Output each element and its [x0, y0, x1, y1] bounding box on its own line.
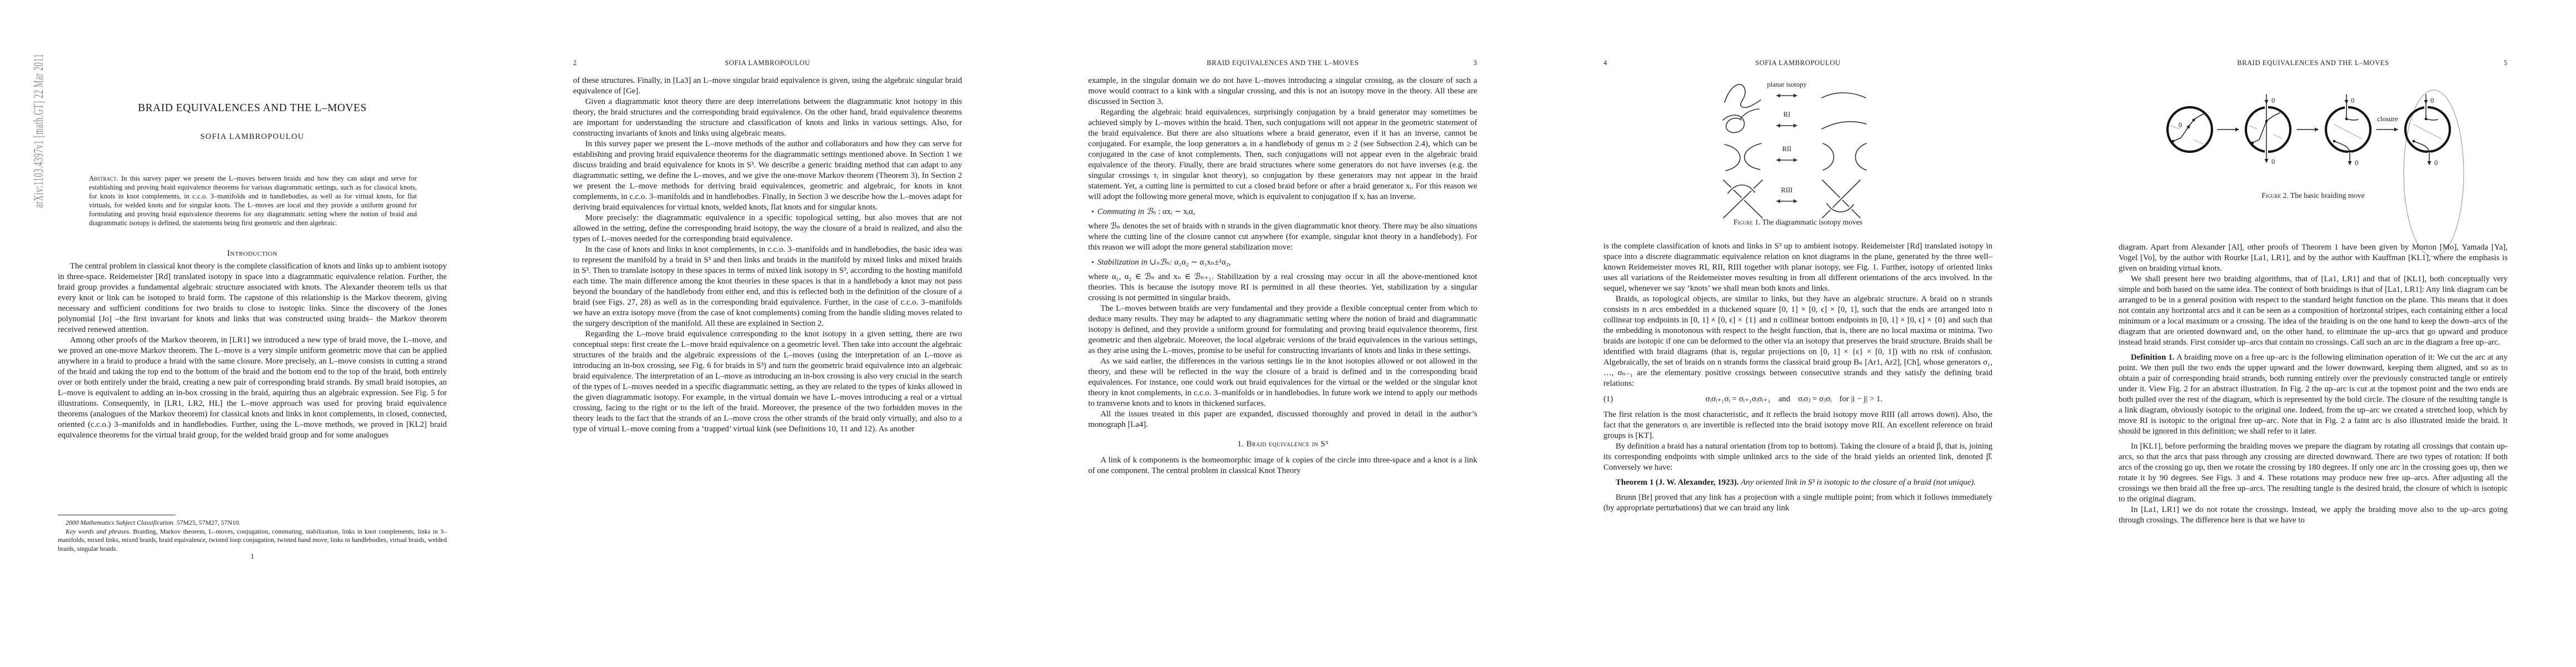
page-number: 3 — [1473, 59, 1477, 67]
page-5: BRAID EQUIVALENCES AND THE L–MOVES 5 clo… — [2061, 0, 2576, 667]
arc-endpoint-dot — [2265, 120, 2268, 123]
equation-lhs: σᵢσᵢ₊₁σᵢ = σᵢ₊₁σᵢσᵢ₊₁ — [1706, 395, 1771, 404]
equation-and: and — [1771, 395, 1798, 404]
paragraph: is the complete classification of knots … — [1603, 241, 1992, 294]
arc-right — [1822, 122, 1866, 129]
faint-arc — [2194, 140, 2205, 145]
faint-arc — [2171, 126, 2179, 129]
definition-head: Definition 1. — [2131, 353, 2175, 362]
stabilization-move-bullet: •Stabilization in ∪ₙℬₙ: α₁α₂ ∼ α₁xₙ±¹α₂, — [1092, 257, 1477, 268]
paragraph: where α₁, α₂ ∈ ℬₙ and xₙ ∈ ℬₙ₊₁. Stabili… — [1088, 272, 1477, 303]
theorem-statement: Any oriented link in S³ is isotopic to t… — [1741, 478, 1976, 487]
riii-label: RIII — [1781, 186, 1793, 194]
faint-arc — [2250, 126, 2257, 129]
zero-label: 0 — [2351, 97, 2354, 104]
running-head-title: SOFIA LAMBROPOULOU — [1603, 59, 1992, 67]
page-4-body: is the complete classification of knots … — [1603, 241, 1992, 514]
paper-multipage-view: { "document": { "background": "#ffffff",… — [0, 0, 2576, 667]
closure-loop — [2404, 90, 2464, 257]
paragraph: We shall present here two braiding algor… — [2119, 274, 2508, 348]
page-2-body: of these structures. Finally, in [La3] a… — [573, 76, 962, 435]
faint-arc — [2334, 125, 2362, 139]
rii-strand-a — [1725, 145, 1740, 171]
arc-endpoint-dot — [2425, 118, 2428, 121]
bullet-icon: • — [1092, 207, 1094, 216]
strand-casing — [1745, 143, 1761, 170]
arc-endpoint-dot — [2345, 118, 2348, 121]
bullet-formula: α₁α₂ ∼ α₁xₙ±¹α₂, — [1172, 258, 1230, 267]
arc-endpoint-dot — [2193, 119, 2195, 122]
bullet-icon: • — [1092, 258, 1094, 266]
braid-relations-equation: (1)σᵢσᵢ₊₁σᵢ = σᵢ₊₁σᵢσᵢ₊₁andσᵢσⱼ = σⱼσᵢfo… — [1603, 394, 1992, 405]
running-head: BRAID EQUIVALENCES AND THE L–MOVES 5 — [2119, 59, 2508, 69]
running-head: 4 SOFIA LAMBROPOULOU — [1603, 59, 1992, 69]
figure-1-caption: Figure 1. The diagrammatic isotopy moves — [1603, 218, 1992, 227]
section-heading-introduction: Introduction — [58, 249, 447, 258]
paragraph: All the issues treated in this paper are… — [1088, 409, 1477, 430]
page-3-body: example, in the singular domain we do no… — [1088, 76, 1477, 476]
keywords-label: Key words and phrases. — [66, 527, 131, 535]
rii-label: RII — [1782, 145, 1792, 153]
faint-arc — [2274, 135, 2281, 138]
theorem-head: Theorem 1 (J. W. Alexander, 1923). — [1616, 478, 1739, 487]
paragraph: A link of k components is the homeomorph… — [1088, 455, 1477, 476]
figure-2-caption: Figure 2. The basic braiding move — [2119, 191, 2508, 200]
running-head-title: BRAID EQUIVALENCES AND THE L–MOVES — [1088, 59, 1477, 67]
tangle-circle-1 — [2168, 107, 2212, 152]
paragraph: Braids, as topological objects, are simi… — [1603, 294, 1992, 389]
paragraph: Among other proofs of the Markov theorem… — [58, 335, 447, 441]
abstract-label: Abstract. — [89, 175, 118, 182]
equation-number: (1) — [1603, 394, 1613, 405]
running-head-title: SOFIA LAMBROPOULOU — [573, 59, 962, 67]
paragraph: As we said earlier, the differences in t… — [1088, 356, 1477, 409]
page-number: 1 — [58, 552, 447, 561]
equation-condition: for |i − j| > 1. — [1832, 395, 1891, 404]
theorem-1: Theorem 1 (J. W. Alexander, 1923). Any o… — [1603, 477, 1992, 488]
abstract: Abstract. In this survey paper we presen… — [89, 174, 417, 227]
page-5-body: diagram. Apart from Alexander [Al], othe… — [2119, 242, 2508, 526]
paragraph: Regarding the algebraic braid equivalenc… — [1088, 107, 1477, 202]
bullet-formula: : αxᵢ ∼ xᵢα, — [1156, 207, 1195, 216]
ri-label: RI — [1783, 111, 1791, 118]
bullet-lead: Stabilization in ∪ₙℬₙ: — [1098, 258, 1173, 267]
figure-label: Figure 2. — [2261, 191, 2289, 200]
page-1: arXiv:1103.4397v1 [math.GT] 22 Mar 2011 … — [0, 0, 515, 667]
zero-label: 0 — [2271, 97, 2275, 104]
rii-arc-right-2 — [1856, 143, 1867, 170]
paragraph: diagram. Apart from Alexander [Al], othe… — [2119, 242, 2508, 274]
page-4: 4 SOFIA LAMBROPOULOU planar isotopy RI R… — [1546, 0, 2061, 667]
s-curve-left — [1725, 84, 1761, 108]
up-arc-segment — [2190, 113, 2206, 125]
figure-caption-text: The basic braiding move — [2290, 191, 2365, 200]
running-head: BRAID EQUIVALENCES AND THE L–MOVES 3 — [1088, 59, 1477, 69]
paragraph: More precisely: the diagrammatic equival… — [573, 213, 962, 245]
paragraph: In [KL1], before performing the braiding… — [2119, 441, 2508, 505]
definition-body: A braiding move on a free up–arc is the … — [2119, 353, 2508, 436]
arc-right — [1822, 93, 1866, 98]
planar-isotopy-label: planar isotopy — [1767, 81, 1807, 88]
page-number: 5 — [2504, 59, 2508, 67]
zero-label: 0 — [2430, 97, 2434, 104]
zero-label: 0 — [2179, 121, 2182, 129]
page-3: BRAID EQUIVALENCES AND THE L–MOVES 3 exa… — [1030, 0, 1546, 667]
paragraph: Given a diagrammatic knot theory there a… — [573, 97, 962, 139]
abstract-text: In this survey paper we present the L–mo… — [89, 175, 417, 227]
paragraph: The first relation is the most character… — [1603, 410, 1992, 441]
paper-author: SOFIA LAMBROPOULOU — [58, 132, 447, 142]
commuting-move-bullet: •Commuting in ℬₙ : αxᵢ ∼ xᵢα, — [1092, 206, 1477, 217]
closure-label: closure — [2377, 115, 2398, 123]
running-head: 2 SOFIA LAMBROPOULOU — [573, 59, 962, 69]
paragraph: In the case of knots and links in knot c… — [573, 245, 962, 329]
msc-codes: 57M25, 57M27, 57N10. — [177, 519, 241, 526]
paragraph: By definition a braid has a natural orie… — [1603, 441, 1992, 473]
footnotes: 2000 Mathematics Subject Classification.… — [58, 519, 447, 553]
hook-segment — [2426, 119, 2438, 120]
hook-segment — [2346, 119, 2358, 120]
up-arc-segment — [2173, 138, 2181, 141]
paragraph: The L–moves between braids are very fund… — [1088, 303, 1477, 356]
bullet-lead: Commuting in ℬₙ — [1098, 207, 1157, 216]
paragraph: of these structures. Finally, in [La3] a… — [573, 76, 962, 97]
running-head-title: BRAID EQUIVALENCES AND THE L–MOVES — [2119, 59, 2508, 67]
paragraph: The central problem in classical knot th… — [58, 261, 447, 335]
paragraph: example, in the singular domain we do no… — [1088, 76, 1477, 107]
hook-segment — [2266, 113, 2280, 121]
page-1-body: The central problem in classical knot th… — [58, 261, 447, 441]
figure-caption-text: The diagrammatic isotopy moves — [1762, 218, 1862, 226]
page-2: 2 SOFIA LAMBROPOULOU of these structures… — [515, 0, 1030, 667]
figure-1-diagram: planar isotopy RI RII RIII — [1711, 76, 1878, 219]
up-arc-arrow — [2181, 125, 2190, 138]
rii-arc-right-1 — [1823, 143, 1834, 170]
keywords-footnote: Key words and phrases. Braiding, Markov … — [58, 527, 447, 554]
msc-footnote: 2000 Mathematics Subject Classification.… — [58, 519, 447, 527]
equation-rhs: σᵢσⱼ = σⱼσᵢ — [1798, 395, 1831, 404]
paragraph: In this survey paper we present the L–mo… — [573, 139, 962, 213]
paragraph: Brunn [Br] proved that any link has a pr… — [1603, 492, 1992, 514]
figure-label: Figure 1. — [1733, 218, 1761, 226]
definition-1: Definition 1. A braiding move on a free … — [2119, 352, 2508, 437]
section-heading-braid-equivalence: 1. Braid equivalence in S³ — [1088, 439, 1477, 450]
zero-label: 0 — [2434, 159, 2438, 167]
arxiv-watermark: arXiv:1103.4397v1 [math.GT] 22 Mar 2011 — [32, 54, 47, 208]
paper-title: BRAID EQUIVALENCES AND THE L–MOVES — [58, 102, 447, 115]
zero-label: 0 — [2355, 159, 2358, 167]
figure-2-diagram: closure 0 0 0 0 0 — [2139, 72, 2483, 260]
footnote-rule — [58, 515, 176, 515]
paragraph: where ℬₙ denotes the set of braids with … — [1088, 221, 1477, 253]
paragraph: In [La1, LR1] we do not rotate the cross… — [2119, 505, 2508, 526]
zero-label: 0 — [2271, 158, 2275, 166]
kink-tail-left — [1741, 109, 1759, 118]
msc-label: 2000 Mathematics Subject Classification. — [66, 519, 175, 526]
faint-arc — [2414, 125, 2442, 139]
paragraph: Regarding the L–move braid equivalence c… — [573, 329, 962, 435]
